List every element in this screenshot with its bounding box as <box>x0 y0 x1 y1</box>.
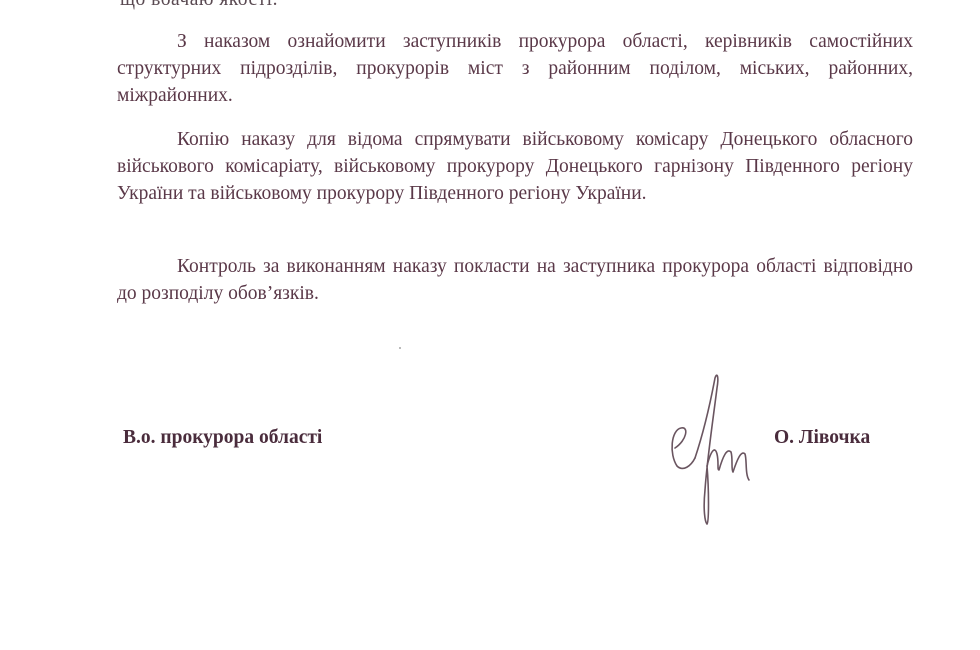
clipped-previous-line: що вбачаю якості. <box>120 0 278 12</box>
signer-name: О. Лівочка <box>774 427 870 449</box>
paragraph-familiarize: З наказом ознайомити заступників прокуро… <box>117 28 913 109</box>
signer-title: В.о. прокурора області <box>123 427 322 449</box>
document-page: що вбачаю якості. З наказом ознайомити з… <box>0 0 980 650</box>
signature-icon <box>665 370 775 530</box>
scan-speck <box>399 347 401 349</box>
paragraph-control: Контроль за виконанням наказу покласти н… <box>117 253 913 307</box>
paragraph-copy-distribution: Копію наказу для відома спрямувати війсь… <box>117 126 913 207</box>
